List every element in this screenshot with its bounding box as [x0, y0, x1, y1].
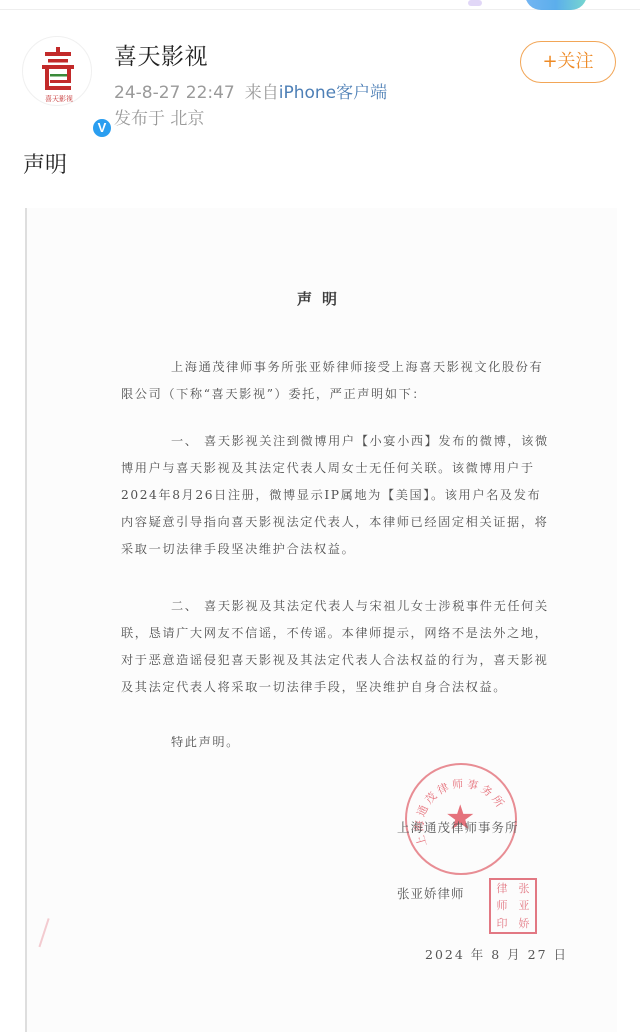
document-paragraph: 一、 喜天影视关注到微博用户【小宴小西】发布的微博，该微博用户与喜天影视及其法定… — [121, 428, 551, 563]
square-seal-stamp: 律 张 师 亚 印 娇 — [489, 878, 537, 934]
document-paragraph: 二、 喜天影视及其法定代表人与宋祖儿女士涉税事件无任何关联，恳请广大网友不信谣，… — [121, 593, 551, 701]
avatar[interactable]: 喜天影视 V — [22, 36, 92, 106]
statement-document-image[interactable]: 声明 上海通茂律师事务所张亚娇律师接受上海喜天影视文化股份有限公司（下称“喜天影… — [25, 208, 617, 1032]
follow-button[interactable]: +关注 — [520, 41, 616, 83]
document-title: 声明 — [27, 288, 617, 309]
verified-badge-icon: V — [91, 117, 113, 139]
document-closing: 特此声明。 — [171, 729, 601, 756]
post-meta: 24-8-27 22:47来自iPhone客户端 — [114, 78, 387, 103]
document-paragraph: 上海通茂律师事务所张亚娇律师接受上海喜天影视文化股份有限公司（下称“喜天影视”）… — [121, 354, 551, 408]
margin-mark — [38, 918, 51, 948]
post-text: 声明 — [23, 148, 67, 179]
decorative-sticker — [525, 0, 587, 10]
post-location: 发布于 北京 — [114, 104, 204, 129]
xitian-logo-icon: 喜天影视 — [23, 37, 93, 107]
source-client-link[interactable]: iPhone客户端 — [279, 83, 387, 103]
post-timestamp: 24-8-27 22:47 — [114, 83, 235, 103]
signature-lawyer: 张亚娇律师 — [397, 884, 465, 902]
document-date: 2024 年 8 月 27 日 — [425, 945, 568, 963]
decorative-sticker — [468, 0, 482, 6]
signature-firm: 上海通茂律师事务所 — [397, 818, 519, 836]
svg-text:喜天影视: 喜天影视 — [45, 94, 73, 103]
author-name[interactable]: 喜天影视 — [114, 38, 208, 71]
source-prefix: 来自 — [245, 83, 279, 103]
